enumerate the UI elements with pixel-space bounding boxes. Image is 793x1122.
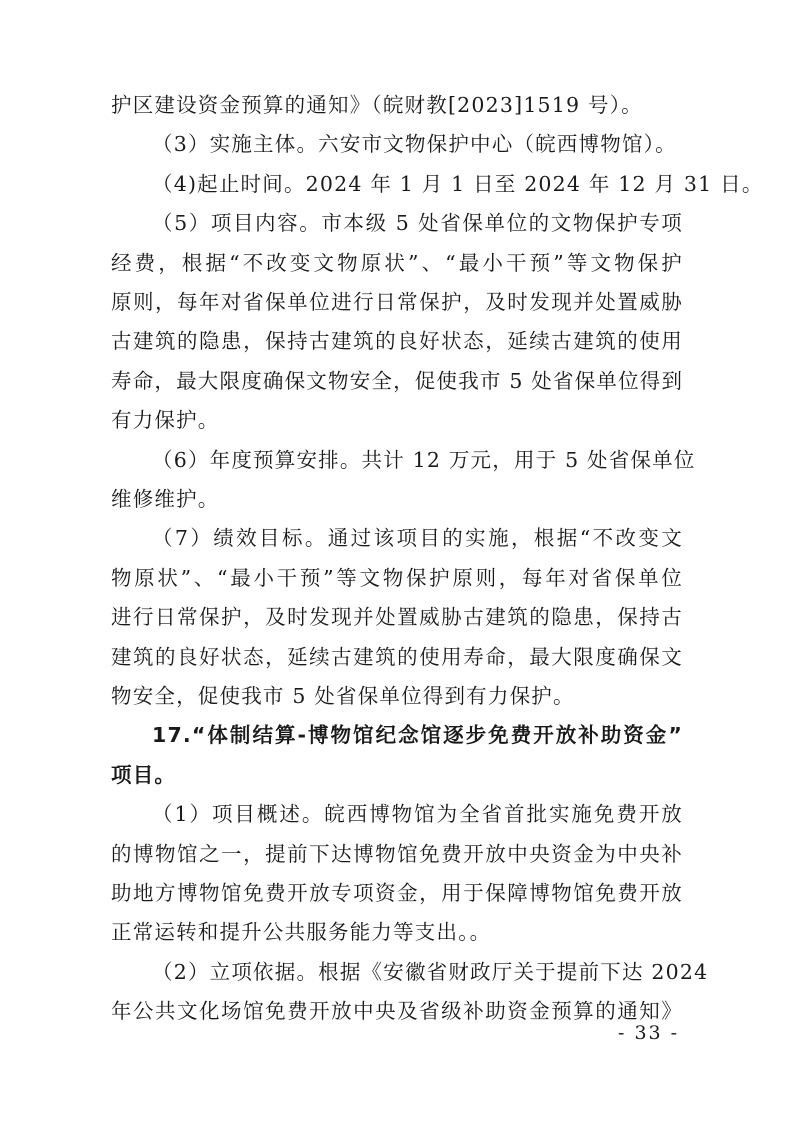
text-line: （3）实施主体。六安市文物保护中心（皖西博物馆）。 (152, 127, 724, 161)
text-line: （4)起止时间。2024 年 1 月 1 日至 2024 年 12 月 31 日… (152, 167, 724, 201)
text-line: 原则，每年对省保单位进行日常保护，及时发现并处置威胁 (111, 285, 683, 319)
section-heading: 17.“体制结算-博物馆纪念馆逐步免费开放补助资金” (152, 718, 683, 752)
text-line: （5）项目内容。市本级 5 处省保单位的文物保护专项 (152, 206, 683, 240)
text-line: 经费，根据“不改变文物原状”、“最小干预”等文物保护 (111, 246, 683, 280)
page-number: - 33 - (618, 1022, 679, 1044)
text-line: 维修维护。 (111, 482, 683, 516)
text-line: 寿命，最大限度确保文物安全，促使我市 5 处省保单位得到 (111, 364, 683, 398)
document-page: 护区建设资金预算的通知》（皖财教[2023]1519 号）。 （3）实施主体。六… (0, 0, 793, 1122)
text-line: 进行日常保护，及时发现并处置威胁古建筑的隐患，保持古 (111, 600, 683, 634)
text-line: 的博物馆之一，提前下达博物馆免费开放中央资金为中央补 (111, 837, 683, 871)
text-line: 古建筑的隐患，保持古建筑的良好状态，延续古建筑的使用 (111, 324, 683, 358)
text-line: 年公共文化场馆免费开放中央及省级补助资金预算的通知》 (111, 994, 683, 1028)
text-line: （2）立项依据。根据《安徽省财政厅关于提前下达 2024 (152, 955, 683, 989)
text-line: （6）年度预算安排。共计 12 万元，用于 5 处省保单位 (152, 443, 683, 477)
section-heading-cont: 项目。 (111, 758, 683, 792)
text-line: 建筑的良好状态，延续古建筑的使用寿命，最大限度确保文 (111, 640, 683, 674)
text-line: 物原状”、“最小干预”等文物保护原则，每年对省保单位 (111, 561, 683, 595)
text-line: 有力保护。 (111, 403, 683, 437)
text-line: 正常运转和提升公共服务能力等支出。。 (111, 915, 683, 949)
text-line: 物安全，促使我市 5 处省保单位得到有力保护。 (111, 679, 683, 713)
text-line: 护区建设资金预算的通知》（皖财教[2023]1519 号）。 (111, 88, 683, 122)
text-line: （1）项目概述。皖西博物馆为全省首批实施免费开放 (152, 797, 683, 831)
text-line: 助地方博物馆免费开放专项资金，用于保障博物馆免费开放 (111, 876, 683, 910)
text-line: （7）绩效目标。通过该项目的实施，根据“不改变文 (152, 521, 683, 555)
